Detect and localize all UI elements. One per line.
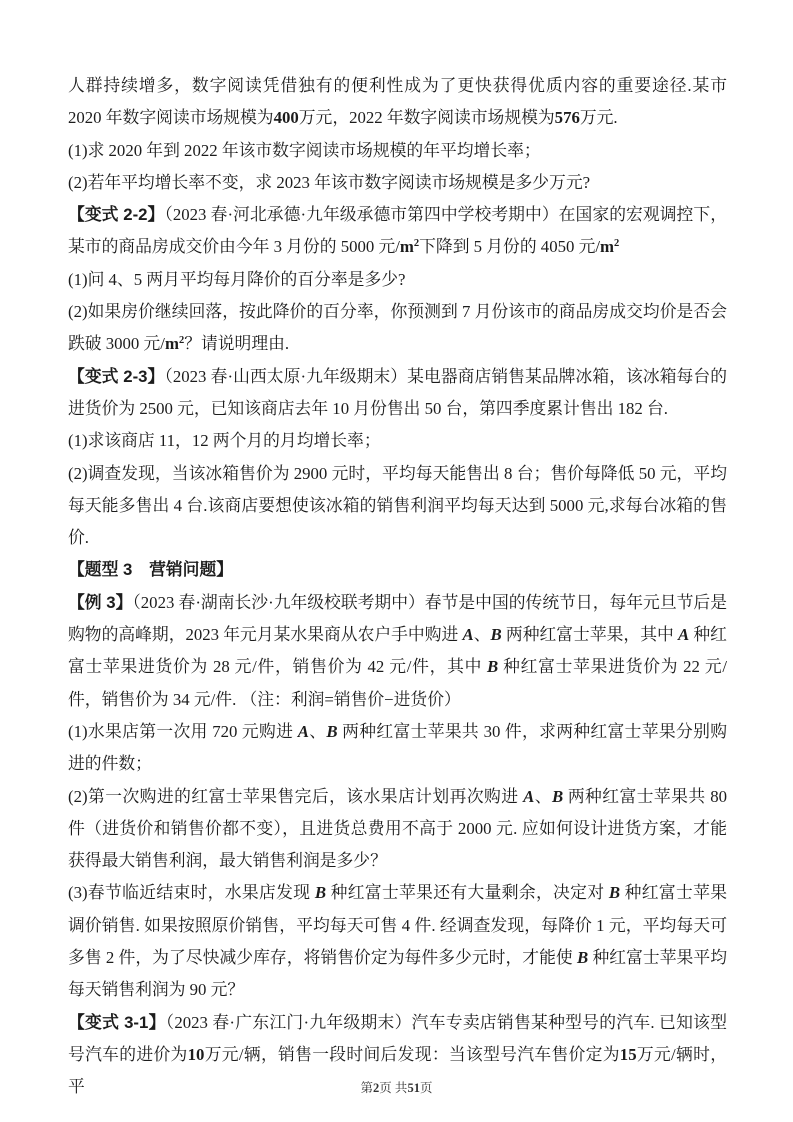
text-run: A bbox=[298, 722, 309, 741]
text-run: 、 bbox=[474, 625, 491, 644]
text-run: 页 共 bbox=[379, 1081, 407, 1095]
text-run: ？请说明理由. bbox=[184, 334, 289, 353]
para-problem-continued: 人群持续增多，数字阅读凭借独有的便利性成为了更快获得优质内容的重要途径.某市 2… bbox=[68, 70, 727, 135]
text-run: (2)调查发现，当该冰箱售价为 2900 元时，平均每天能售出 8 台；售价每降… bbox=[68, 464, 727, 548]
text-run: B bbox=[487, 657, 498, 676]
text-run: 两种红富士苹果，其中 bbox=[502, 625, 678, 644]
para-variant-2-2-q1: (1)问 4、5 两月平均每月降价的百分率是多少? bbox=[68, 264, 727, 296]
text-run: A bbox=[463, 625, 474, 644]
text-run: 下降到 5 月份的 4050 元/ bbox=[419, 237, 600, 256]
text-run: 2 bbox=[614, 238, 619, 249]
text-run: 【例 3】 bbox=[68, 593, 132, 612]
text-run: 、 bbox=[534, 787, 552, 806]
text-run: (2)第一次购进的红富士苹果售完后，该水果店计划再次购进 bbox=[68, 787, 523, 806]
text-run: m bbox=[400, 237, 414, 256]
text-run: B bbox=[577, 948, 588, 967]
text-run: 页 bbox=[420, 1081, 433, 1095]
text-run: A bbox=[678, 625, 689, 644]
text-run: 15 bbox=[620, 1045, 637, 1064]
para-variant-2-2-q2: (2)如果房价继续回落，按此降价的百分率，你预测到 7 月份该市的商品房成交均价… bbox=[68, 296, 727, 361]
para-question-2: (2)若年平均增长率不变，求 2023 年该市数字阅读市场规模是多少万元? bbox=[68, 167, 727, 199]
text-run: 第 bbox=[361, 1081, 374, 1095]
text-run: A bbox=[523, 787, 534, 806]
document-page: 人群持续增多，数字阅读凭借独有的便利性成为了更快获得优质内容的重要途径.某市 2… bbox=[0, 0, 793, 1122]
text-run: 种红富士苹果还有大量剩余，决定对 bbox=[326, 883, 609, 902]
para-topic-3-heading: 【题型 3 营销问题】 bbox=[68, 554, 727, 586]
para-example-3-q1: (1)水果店第一次用 720 元购进 A、B 两种红富士苹果共 30 件，求两种… bbox=[68, 716, 727, 781]
para-variant-2-3-q2: (2)调查发现，当该冰箱售价为 2900 元时，平均每天能售出 8 台；售价每降… bbox=[68, 458, 727, 555]
para-example-3-q2: (2)第一次购进的红富士苹果售完后，该水果店计划再次购进 A、B 两种红富士苹果… bbox=[68, 781, 727, 878]
text-run: B bbox=[609, 883, 620, 902]
text-run: 【变式 3-1】 bbox=[68, 1013, 166, 1032]
document-content: 人群持续增多，数字阅读凭借独有的便利性成为了更快获得优质内容的重要途径.某市 2… bbox=[68, 70, 727, 1104]
text-run: m bbox=[600, 237, 614, 256]
text-run: (2)若年平均增长率不变，求 2023 年该市数字阅读市场规模是多少万元? bbox=[68, 173, 590, 192]
text-run: 400 bbox=[274, 108, 299, 127]
text-run: (1)问 4、5 两月平均每月降价的百分率是多少? bbox=[68, 270, 405, 289]
text-run: (3)春节临近结束时，水果店发现 bbox=[68, 883, 315, 902]
text-run: B bbox=[552, 787, 563, 806]
para-example-3: 【例 3】（2023 春·湖南长沙·九年级校联考期中）春节是中国的传统节日，每年… bbox=[68, 587, 727, 716]
text-run: 万元，2022 年数字阅读市场规模为 bbox=[299, 108, 555, 127]
text-run: 51 bbox=[407, 1081, 420, 1095]
page-footer: 第2页 共51页 bbox=[0, 1080, 793, 1096]
text-run: 、 bbox=[309, 722, 326, 741]
text-run: B bbox=[326, 722, 337, 741]
text-run: B bbox=[491, 625, 502, 644]
para-variant-2-3-q1: (1)求该商店 11，12 两个月的月均增长率； bbox=[68, 425, 727, 457]
text-run: B bbox=[315, 883, 326, 902]
text-run: （2023 春·山西太原·九年级期末）某电器商店销售某品牌冰箱，该冰箱每台的进货… bbox=[68, 367, 727, 418]
text-run: 10 bbox=[188, 1045, 205, 1064]
text-run: (1)水果店第一次用 720 元购进 bbox=[68, 722, 298, 741]
text-run: 【题型 3 营销问题】 bbox=[68, 560, 233, 579]
para-variant-2-2: 【变式 2-2】（2023 春·河北承德·九年级承德市第四中学校考期中）在国家的… bbox=[68, 199, 727, 264]
text-run: (1)求该商店 11，12 两个月的月均增长率； bbox=[68, 431, 381, 450]
text-run: 万元/辆，销售一段时间后发现：当该型号汽车售价定为 bbox=[204, 1045, 619, 1064]
para-example-3-q3: (3)春节临近结束时，水果店发现 B 种红富士苹果还有大量剩余，决定对 B 种红… bbox=[68, 877, 727, 1006]
text-run: m bbox=[165, 334, 179, 353]
para-question-1: (1)求 2020 年到 2022 年该市数字阅读市场规模的年平均增长率； bbox=[68, 135, 727, 167]
text-run: 【变式 2-2】 bbox=[68, 205, 164, 224]
text-run: 【变式 2-3】 bbox=[68, 367, 164, 386]
text-run: 576 bbox=[555, 108, 580, 127]
text-run: (1)求 2020 年到 2022 年该市数字阅读市场规模的年平均增长率； bbox=[68, 141, 541, 160]
para-variant-2-3: 【变式 2-3】（2023 春·山西太原·九年级期末）某电器商店销售某品牌冰箱，… bbox=[68, 361, 727, 426]
text-run: 万元. bbox=[580, 108, 618, 127]
text-run: （2023 春·河北承德·九年级承德市第四中学校考期中）在国家的宏观调控下，某市… bbox=[68, 205, 727, 256]
